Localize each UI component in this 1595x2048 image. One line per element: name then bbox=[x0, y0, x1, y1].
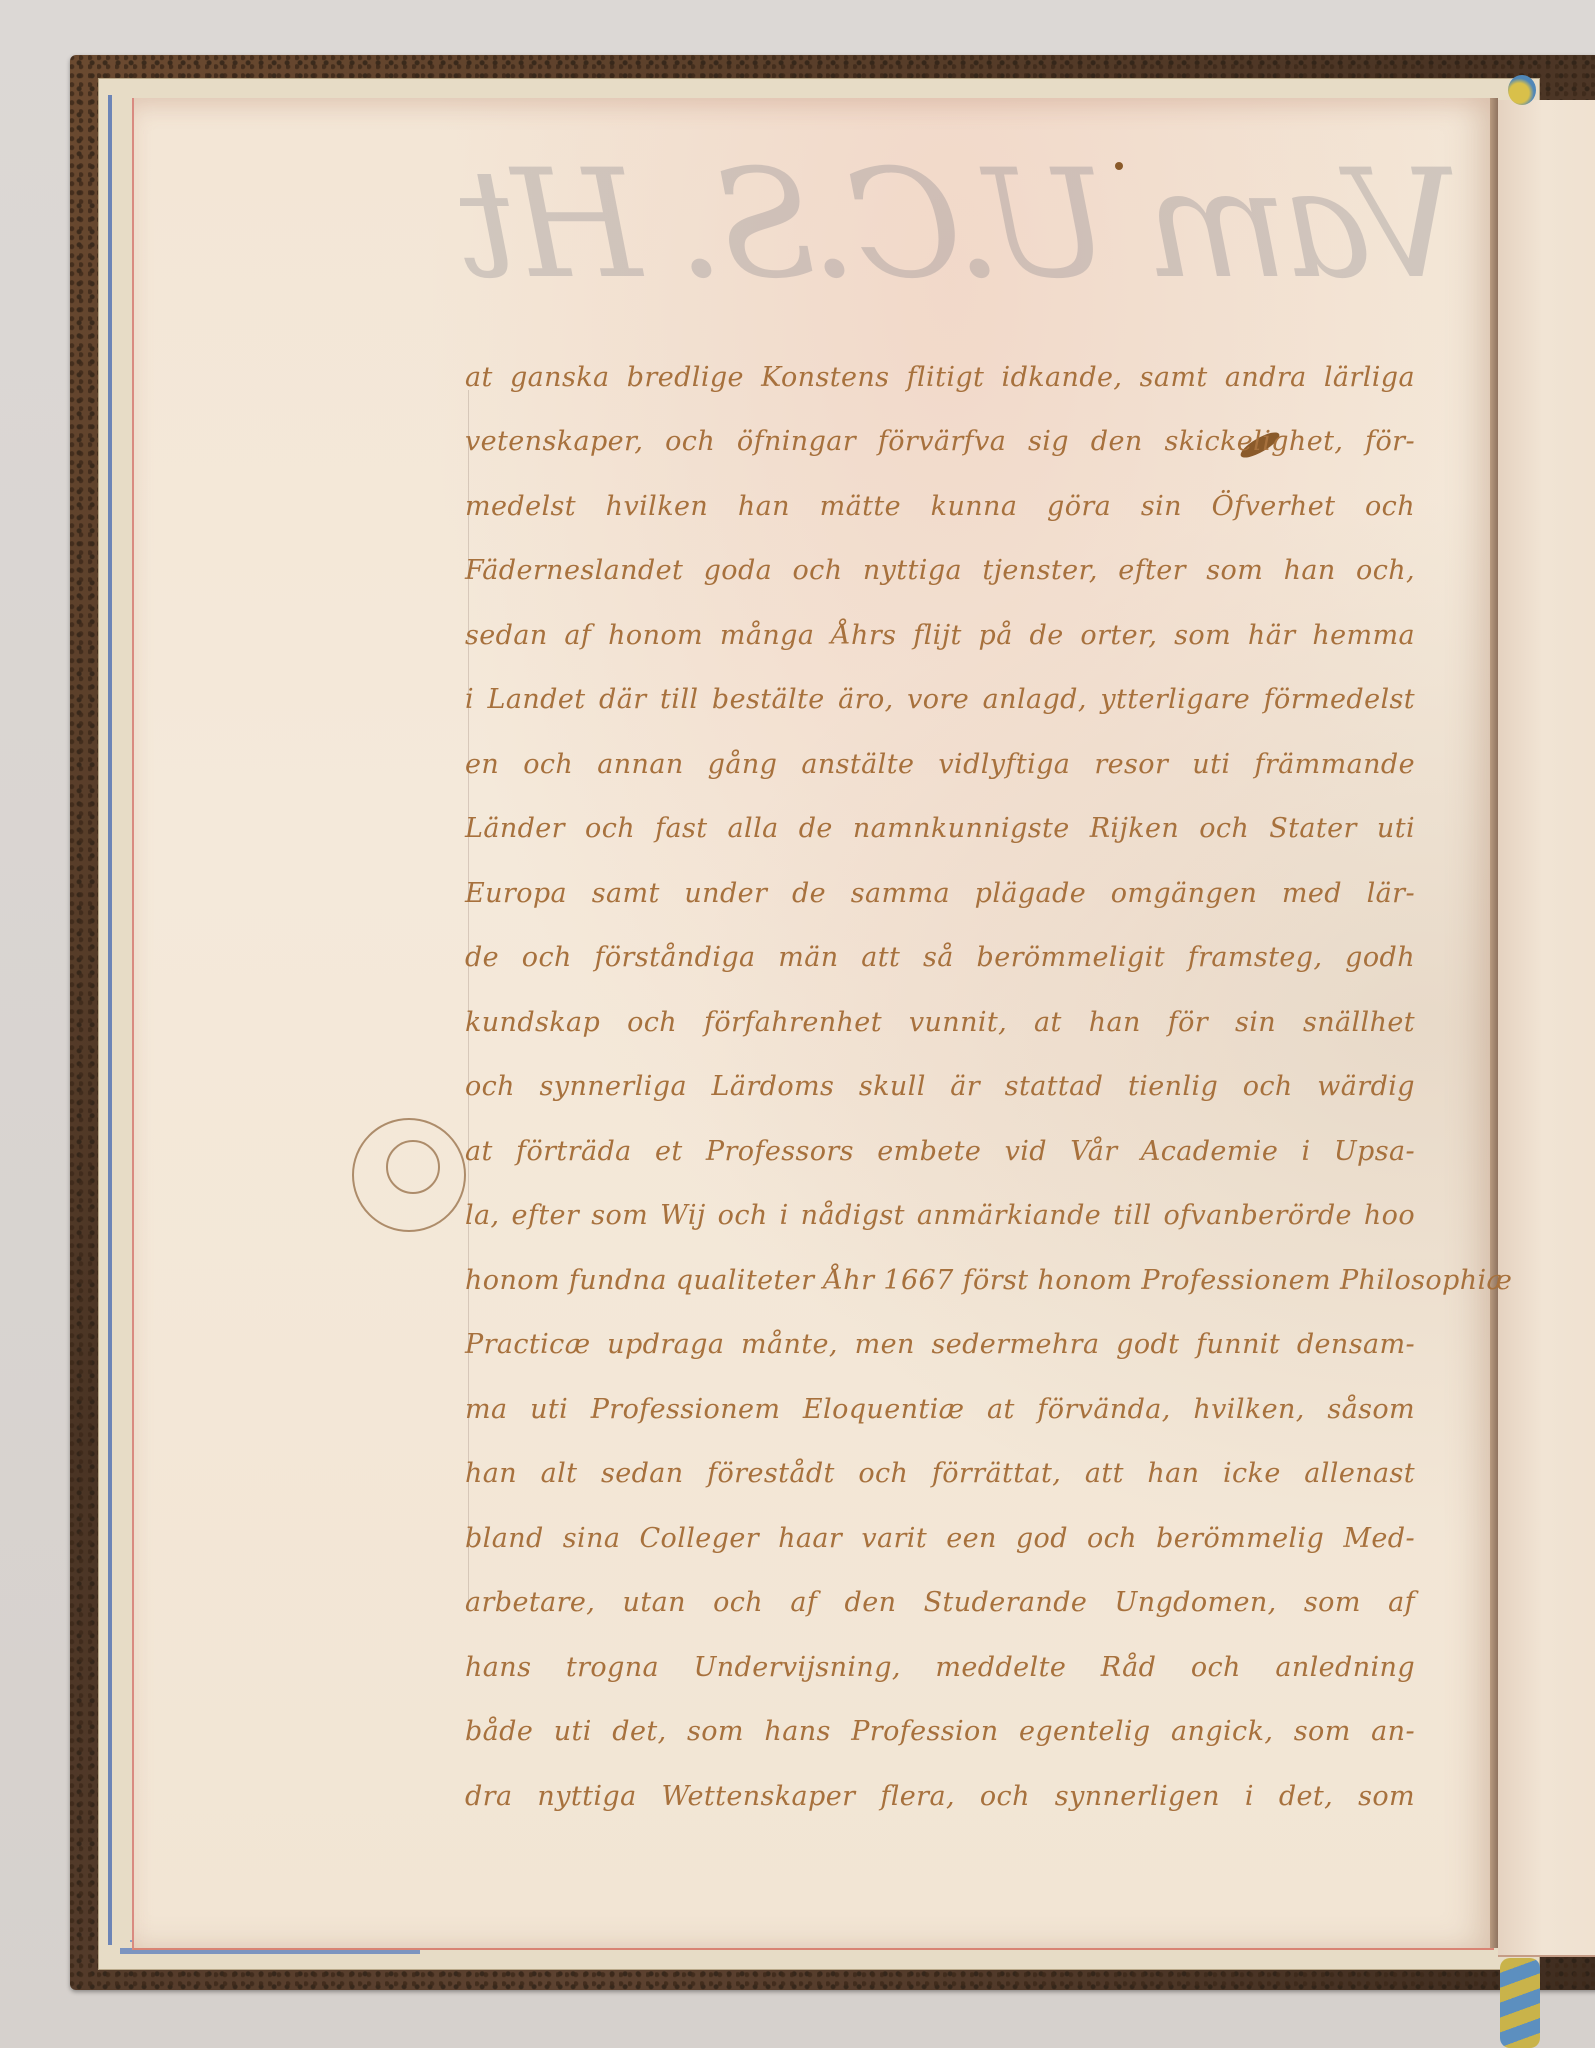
text-line: han alt sedan förestådt och förrättat, a… bbox=[465, 1442, 1415, 1507]
text-line: en och annan gång anstälte vidlyftiga re… bbox=[465, 732, 1415, 797]
text-line: at ganska bredlige Konstens flitigt idka… bbox=[465, 345, 1415, 410]
text-line: vetenskaper, och öfningar förvärfva sig … bbox=[465, 410, 1415, 475]
ink-spot bbox=[1115, 162, 1123, 170]
text-line: Europa samt under de samma plägade omgän… bbox=[465, 861, 1415, 926]
text-line: Practicæ updraga månte, men sedermehra g… bbox=[465, 1313, 1415, 1378]
text-line: medelst hvilken han mätte kunna göra sin… bbox=[465, 474, 1415, 539]
text-line: bland sina Colleger haar varit een god o… bbox=[465, 1506, 1415, 1571]
text-line: kundskap och förfahrenhet vunnit, at han… bbox=[465, 990, 1415, 1055]
manuscript-text: at ganska bredlige Konstens flitigt idka… bbox=[465, 345, 1415, 1829]
text-line: la, efter som Wij och i nådigst anmärkia… bbox=[465, 1184, 1415, 1249]
text-line: Länder och fast alla de namnkunnigste Ri… bbox=[465, 797, 1415, 862]
facing-page-edge bbox=[1498, 100, 1595, 1957]
text-line: arbetare, utan och af den Studerande Ung… bbox=[465, 1571, 1415, 1636]
gutter-fold bbox=[1490, 98, 1498, 1948]
endpaper-blue-rule bbox=[108, 95, 112, 1945]
text-line: både uti det, som hans Profession egente… bbox=[465, 1700, 1415, 1765]
text-line: i Landet där till bestälte äro, vore anl… bbox=[465, 668, 1415, 733]
text-line: de och förståndiga män att så berömmelig… bbox=[465, 926, 1415, 991]
text-line: Fäderneslandet goda och nyttiga tjenster… bbox=[465, 539, 1415, 604]
text-line: at förträda et Professors embete vid Vår… bbox=[465, 1119, 1415, 1184]
text-line: sedan af honom många Åhrs flijt på de or… bbox=[465, 603, 1415, 668]
margin-initial-flourish bbox=[352, 1118, 466, 1232]
tailband-cord bbox=[1500, 1958, 1540, 2048]
text-line: ma uti Professionem Eloquentiæ at förvän… bbox=[465, 1377, 1415, 1442]
text-line: honom fundna qualiteter Åhr 1667 först h… bbox=[465, 1248, 1415, 1313]
headband-cord bbox=[1508, 75, 1536, 105]
text-line: dra nyttiga Wettenskaper flera, och synn… bbox=[465, 1764, 1415, 1829]
text-line: och synnerliga Lärdoms skull är stattad … bbox=[465, 1055, 1415, 1120]
text-line: hans trogna Undervijsning, meddelte Råd … bbox=[465, 1635, 1415, 1700]
